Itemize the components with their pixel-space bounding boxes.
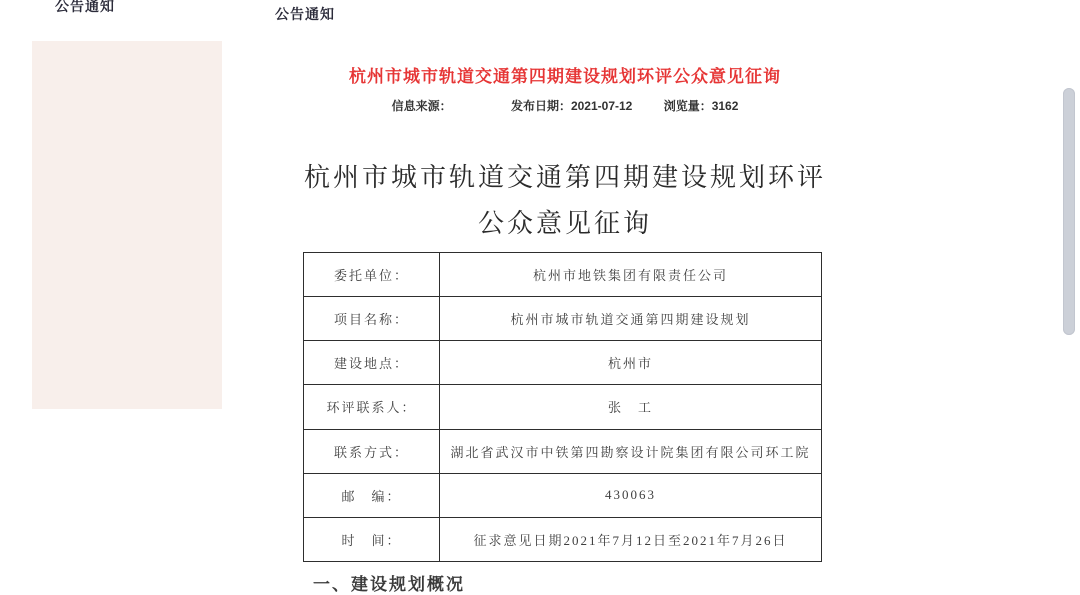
meta-source: 信息来源： xyxy=(392,97,480,114)
row-value: 征求意见日期2021年7月12日至2021年7月26日 xyxy=(440,517,822,561)
meta-views-label: 浏览量： xyxy=(664,97,712,114)
row-value: 杭州市地铁集团有限责任公司 xyxy=(440,253,822,297)
row-label: 环评联系人： xyxy=(304,385,440,429)
row-label: 邮 编： xyxy=(304,473,440,517)
row-value: 杭州市城市轨道交通第四期建设规划 xyxy=(440,297,822,341)
meta-date: 发布日期：2021-07-12 xyxy=(511,97,632,114)
sidebar-title[interactable]: 公告通知 xyxy=(55,0,115,16)
row-label: 委托单位： xyxy=(304,253,440,297)
row-value: 湖北省武汉市中铁第四勘察设计院集团有限公司环工院 xyxy=(440,429,822,473)
table-row: 环评联系人： 张 工 xyxy=(304,385,822,429)
table-row: 委托单位： 杭州市地铁集团有限责任公司 xyxy=(304,253,822,297)
table-row: 建设地点： 杭州市 xyxy=(304,341,822,385)
document-title-line1: 杭州市城市轨道交通第四期建设规划环评 xyxy=(240,157,890,194)
row-label: 时 间： xyxy=(304,517,440,561)
sidebar-placeholder-box xyxy=(32,41,222,409)
meta-source-label: 信息来源： xyxy=(392,97,452,114)
meta-views: 浏览量：3162 xyxy=(664,97,739,114)
row-label: 联系方式： xyxy=(304,429,440,473)
row-value: 430063 xyxy=(440,473,822,517)
row-label: 建设地点： xyxy=(304,341,440,385)
section-heading: 一、建设规划概况 xyxy=(313,570,465,595)
table-row: 邮 编： 430063 xyxy=(304,473,822,517)
document-title-line2: 公众意见征询 xyxy=(240,203,890,240)
row-value: 杭州市 xyxy=(440,341,822,385)
meta-date-label: 发布日期： xyxy=(511,97,571,114)
scrollbar-thumb[interactable] xyxy=(1063,88,1075,335)
page: 公告通知 公告通知 杭州市城市轨道交通第四期建设规划环评公众意见征询 信息来源：… xyxy=(0,0,1080,595)
row-value: 张 工 xyxy=(440,385,822,429)
article-content: 杭州市城市轨道交通第四期建设规划环评公众意见征询 信息来源： 发布日期：2021… xyxy=(240,0,890,595)
row-label: 项目名称： xyxy=(304,297,440,341)
table-row: 联系方式： 湖北省武汉市中铁第四勘察设计院集团有限公司环工院 xyxy=(304,429,822,473)
article-red-title: 杭州市城市轨道交通第四期建设规划环评公众意见征询 xyxy=(240,62,890,87)
article-meta: 信息来源： 发布日期：2021-07-12 浏览量：3162 xyxy=(240,97,890,114)
meta-date-value: 2021-07-12 xyxy=(571,99,632,113)
meta-views-value: 3162 xyxy=(712,99,739,113)
table-row: 时 间： 征求意见日期2021年7月12日至2021年7月26日 xyxy=(304,517,822,561)
table-row: 项目名称： 杭州市城市轨道交通第四期建设规划 xyxy=(304,297,822,341)
project-info-table: 委托单位： 杭州市地铁集团有限责任公司 项目名称： 杭州市城市轨道交通第四期建设… xyxy=(303,252,822,562)
